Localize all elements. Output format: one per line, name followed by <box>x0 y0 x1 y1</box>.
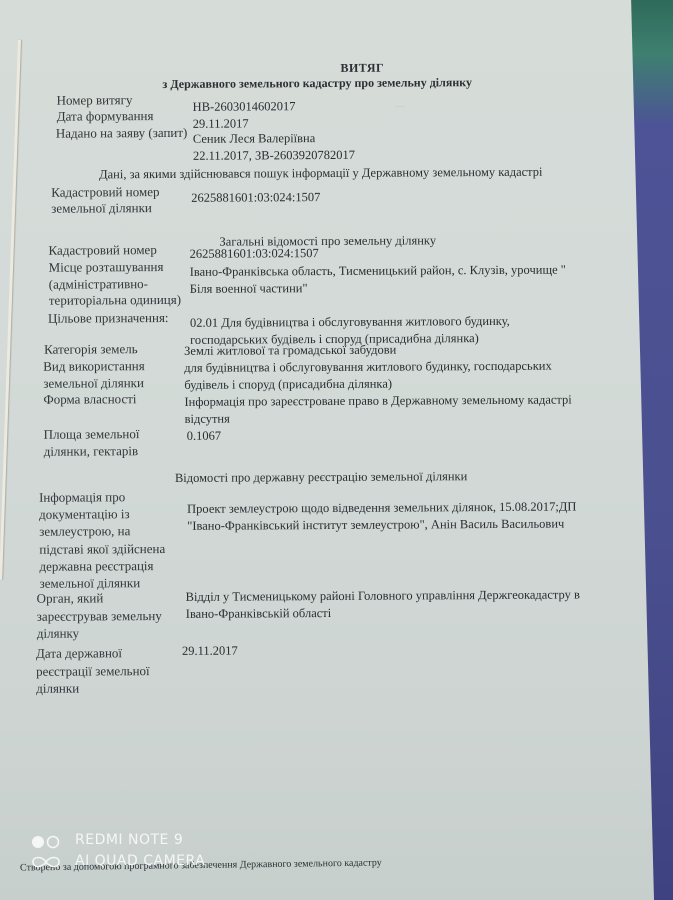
extract-number-label: Номер витягу <box>57 92 133 108</box>
field-label: територіальна одиниця) <box>49 292 181 308</box>
infinity-icon <box>30 854 62 870</box>
field-label: Кадастровий номер <box>48 242 156 258</box>
field-value: Відділ у Тисменицькому районі Головного … <box>186 587 580 605</box>
field-label: Площа земельної <box>44 426 140 442</box>
field-label: державна реєстрація <box>39 558 153 574</box>
formation-date-value: 29.11.2017 <box>193 116 249 132</box>
watermark-camera: AI QUAD CAMERA <box>75 853 205 869</box>
field-label: Форма власності <box>43 391 136 407</box>
field-label: (адміністративно- <box>49 276 148 292</box>
field-label: Категорія земель <box>44 341 138 357</box>
camera-dots-icon <box>30 834 62 850</box>
document-title: ВИТЯГ <box>340 61 384 76</box>
field-label: документацію із <box>39 506 130 522</box>
field-label: Вид використання <box>43 358 145 374</box>
search-section-heading: Дані, за якими здійснювався пошук інформ… <box>99 165 543 183</box>
field-label: землеустрою, на <box>39 524 130 540</box>
formation-date-label: Дата формування <box>57 108 154 124</box>
search-cadastral-label-1: Кадастровий номер <box>51 184 159 200</box>
document-subtitle: з Державного земельного кадастру про зем… <box>162 75 472 92</box>
registration-section-heading: Відомості про державну реєстрацію земель… <box>175 469 467 486</box>
applicant-name: Сеник Леся Валеріївна <box>193 131 315 147</box>
field-value: будівель і споруд (присадибна ділянка) <box>184 377 392 394</box>
field-label: земельної ділянки <box>43 375 144 391</box>
field-label: Цільове призначення: <box>48 310 169 326</box>
field-label: Орган, який <box>37 590 104 606</box>
field-value: 02.01 Для будівництва і обслуговування ж… <box>190 314 510 331</box>
field-label: ділянки, гектарів <box>44 443 138 459</box>
extract-number-value: НВ-2603014602017 <box>193 99 296 115</box>
request-label: Надано на заяву (запит) <box>56 125 188 141</box>
field-value: Івано-Франківська область, Тисменицький … <box>190 263 566 281</box>
field-value: 29.11.2017 <box>182 644 238 660</box>
field-value: Івано-Франківській області <box>186 606 332 622</box>
field-value: 0.1067 <box>187 429 221 445</box>
search-cadastral-value: 2625881601:03:024:1507 <box>191 190 320 206</box>
field-value: відсутня <box>185 412 230 428</box>
request-reference: 22.11.2017, ЗВ-2603920782017 <box>193 148 355 164</box>
field-value: Біля военної частини" <box>190 281 308 297</box>
field-value: Землі житлової та громадської забудови <box>184 343 396 360</box>
field-label: підставі якої здійснена <box>39 541 165 557</box>
field-label: Місце розташування <box>49 259 164 275</box>
field-label: земельної ділянки <box>40 575 141 591</box>
field-value: Інформація про зареєстроване право в Дер… <box>184 393 571 411</box>
field-value: для будівництва і обслуговування житлово… <box>184 359 552 377</box>
watermark-model: REDMI NOTE 9 <box>75 832 183 848</box>
search-cadastral-label-2: земельної ділянки <box>51 200 152 216</box>
field-label: зареєстрував земельну <box>37 608 162 624</box>
extract-document: ВИТЯГ з Державного земельного кадастру п… <box>0 0 659 900</box>
field-value: 2625881601:03:024:1507 <box>190 246 319 262</box>
field-value: Проект землеустрою щодо відведення земел… <box>187 499 576 517</box>
field-label: ділянку <box>37 626 79 642</box>
field-label: Дата державної <box>36 645 122 661</box>
field-label: ділянки <box>36 681 79 697</box>
field-value: "Івано-Франківський інститут землеустрою… <box>187 517 564 535</box>
field-label: реєстрації земельної <box>36 663 150 679</box>
field-label: Інформація про <box>39 489 125 505</box>
